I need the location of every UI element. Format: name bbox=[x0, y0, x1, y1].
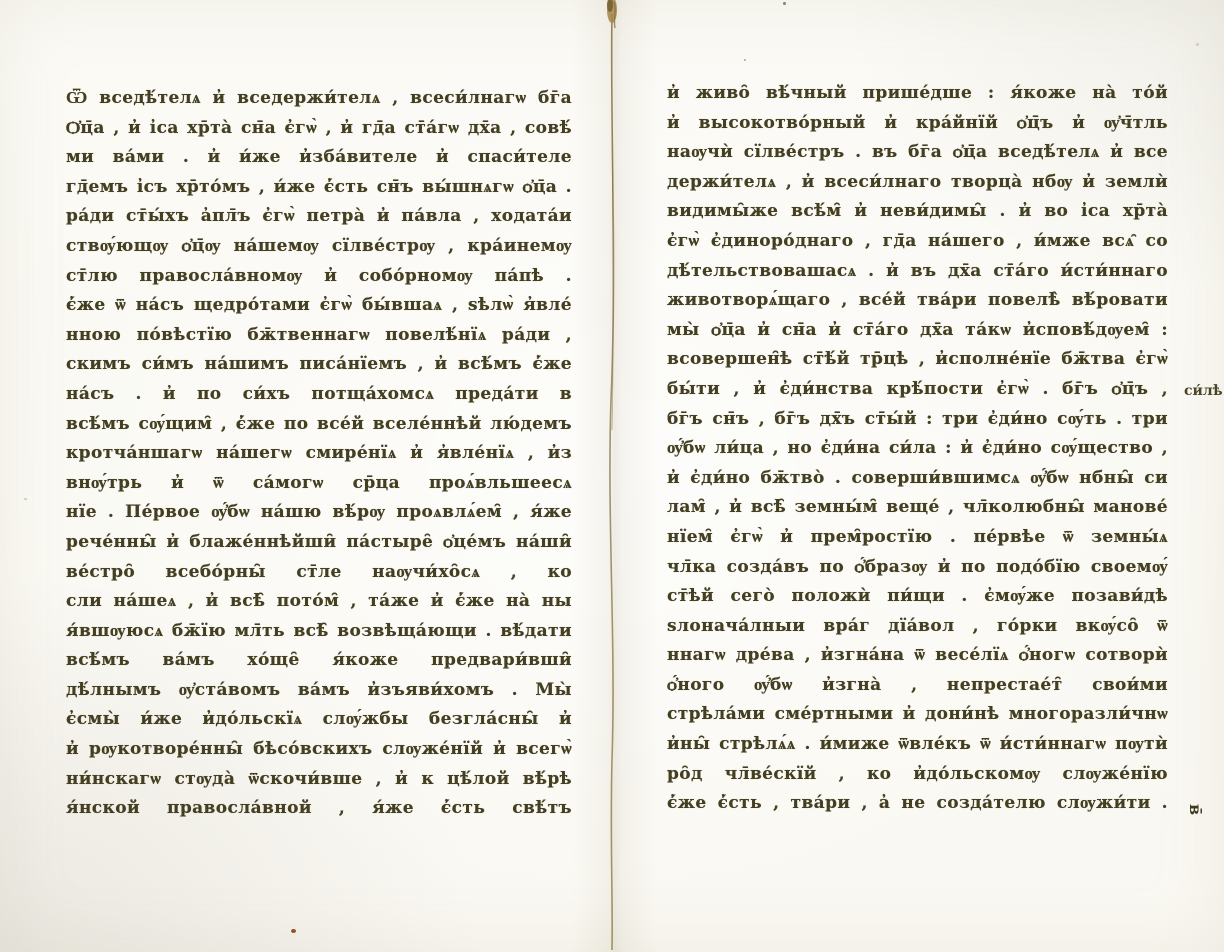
text-line: мы̀ ѻ̓ц̄а и̓ сн̄а и̓ ст̄а́го дх̄а та́кѡ … bbox=[667, 316, 1168, 346]
text-line: и̓ны̑ стрѣлѧ́ѧ . и́миже ѿвле́къ ѿ и́сти́… bbox=[667, 730, 1168, 760]
text-line: є̓гѡ̀ є̓диноро́днаго , гд̄а на́шего , и́… bbox=[667, 227, 1168, 257]
right-page-text: и̓ живо̑ вѣ́чный прише́дше : я́коже на̀ … bbox=[667, 79, 1168, 819]
text-line: нною по́вѣстїю бж̄твеннагѡ повелѣ́нїѧ ра… bbox=[66, 321, 572, 351]
text-line: скимъ си́мъ на́шимъ писа́нїемъ , и̓ всѣ́… bbox=[66, 350, 572, 380]
text-line: стрѣла́ми сме́ртными и̓ дони́нѣ многораз… bbox=[667, 700, 1168, 730]
gutter-line bbox=[610, 14, 614, 950]
text-line: видимы̑же всѣ́м̑ и̓ неви́димы̑ . и̓ во і… bbox=[667, 197, 1168, 227]
paper-speck bbox=[24, 498, 27, 500]
text-line: ннагѡ дре́ва , и̓згна́на ѿ весе́лїѧ ѻ̓́н… bbox=[667, 641, 1168, 671]
text-line: чл̄ка созда́въ по ѻ̓́бразѹ и̓ по подо́бї… bbox=[667, 553, 1168, 583]
text-line: ст̄лю правосла́вномѹ и̓ собо́рномѹ па́пѣ… bbox=[66, 262, 572, 292]
text-line: нїем̑ є̓гѡ̀ и̓ прем̑ростїю . пе́рвѣе ѿ з… bbox=[667, 523, 1168, 553]
text-line: всовершен̑ѣ ст̄ѣ́й тр̄цѣ , и̓сполне́нїе … bbox=[667, 345, 1168, 375]
book-scan-surface: Ѿ вседѣ́телѧ и̓ вседержи́телѧ , всеси́лн… bbox=[0, 0, 1224, 952]
text-line: Ѿ вседѣ́телѧ и̓ вседержи́телѧ , всеси́лн… bbox=[66, 84, 572, 114]
text-line: ѹ̓́бѡ ли́ца , но є̓ди́на си́ла : и̓ є̓ди… bbox=[667, 434, 1168, 464]
text-line: и̓ живо̑ вѣ́чный прише́дше : я́коже на̀ … bbox=[667, 79, 1168, 109]
text-line: рече́нны̑ и̓ блаже́ннѣйши̑ па́стыре̑ ѻ̓ц… bbox=[66, 528, 572, 558]
text-line: нїе . Пе́рвое ѹ̓́бѡ на́шю вѣ́рѹ проѧвлѧ́… bbox=[66, 498, 572, 528]
text-line: и̓ высокотво́рный и̓ кра́йнїй ѻ̓ц̄ъ и̓ ѹ… bbox=[667, 109, 1168, 139]
paper-speck bbox=[783, 2, 786, 5]
text-line: и̓ рѹкотворе́нны̑ бѣсо́вскихъ слѹже́нїй … bbox=[66, 735, 572, 765]
text-line: всѣ́мъ сѹ́щим̑ , є̓́же по все́й вселе́нн… bbox=[66, 410, 572, 440]
paper-speck bbox=[744, 59, 746, 61]
paper-speck bbox=[1196, 43, 1199, 46]
text-line: гд̄емъ і̓съ хр̄то́мъ , и́же є̓́сть сн̄ъ … bbox=[66, 173, 572, 203]
text-line: бы́ти , и̓ є̓ди́нства крѣ́пости є̓гѡ̀ . … bbox=[667, 375, 1168, 405]
text-line: всѣ́мъ ва́мъ хо́ще̑ я́коже предвари́вши̑… bbox=[66, 646, 572, 676]
text-line: ро̑д чл̄ве́скїй , ко и̓до́льскомѹ слѹже́… bbox=[667, 760, 1168, 790]
text-line: є̓смы̀ и́же и̓до́льскїѧ слѹ́жбы безгла́с… bbox=[66, 705, 572, 735]
text-line: я́нской правосла́вной , я́же є̓́сть свѣ́… bbox=[66, 794, 572, 824]
text-line: внѹ́трь и̓ ѿ са́могѡ ср̄ца проѧ́вльшеесѧ… bbox=[66, 469, 572, 499]
text-line: ствѹ́ющѹ ѻ̓ц̄ѹ на́шемѹ сїлве́стрѹ , кра́… bbox=[66, 232, 572, 262]
text-line: ра́ди ст̄ы́хъ а̓пл̄ъ є̓гѡ̀ петра̀ и̓ па́… bbox=[66, 202, 572, 232]
text-line: ми ва́ми . и̓ и́же и̓зба́вителе и̓ спаси… bbox=[66, 143, 572, 173]
text-line: ве́стро̑ всебо́рны̑ ст̄ле наѹчи́хо̑сѧ , … bbox=[66, 558, 572, 588]
text-line: я́вшѹюсѧ бж̄їю мл̄ть всѣ̑ возвѣща́ющи . … bbox=[66, 617, 572, 647]
text-line: на́съ . и̓ по си́хъ потща́хомсѧ преда́ти… bbox=[66, 380, 572, 410]
text-line: лам̑ , и̓ всѣ̑ земны́м̑ веще́ , чл̄колюб… bbox=[667, 493, 1168, 523]
text-line: кротча́ншагѡ на́шегѡ смире́нїѧ и̓ я̓вле́… bbox=[66, 439, 572, 469]
text-line: є̓́же є̓́сть , тва́ри , а̓ не созда́телю… bbox=[667, 789, 1168, 819]
text-line: Ѻ̓ц̄а , и̓ і̓са хр̄та̀ сн̄а є̓гѡ̀ , и̓ г… bbox=[66, 114, 572, 144]
text-line: держи́телѧ , и̓ всеси́лнаго творца̀ нб̄ѹ… bbox=[667, 168, 1168, 198]
text-line: ѻ̓́ного ѹ̓́бѡ и̓згна̀ , непрестае́т̑ сво… bbox=[667, 671, 1168, 701]
text-line: дѣ́тельствовашасѧ . и̓ въ дх̄а ст̄а́го и… bbox=[667, 257, 1168, 287]
margin-note: си́лѣ bbox=[1184, 383, 1224, 399]
rust-stain-dot bbox=[291, 929, 296, 933]
quire-signature-mark: в̄ bbox=[1186, 804, 1205, 815]
text-line: наѹчѝ сїлве́стръ . въ бг̄а ѻ̓ц̄а вседѣ́т… bbox=[667, 138, 1168, 168]
text-line: ни́нскагѡ стѹда̀ ѿскочи́вше , и̓ к цѣ́ло… bbox=[66, 765, 572, 795]
text-line: и̓ є̓ди́но бж̄тво̀ . соверши́вшимсѧ ѹ̓́б… bbox=[667, 464, 1168, 494]
text-line: дѣ́лнымъ ѹ̓ста́вомъ ва́мъ и̓зъяви́хомъ .… bbox=[66, 676, 572, 706]
text-line: бг̄ъ сн̄ъ , бг̄ъ дх̄ъ ст̄ы́й : три є̓ди́… bbox=[667, 405, 1168, 435]
left-page-text: Ѿ вседѣ́телѧ и̓ вседержи́телѧ , всеси́лн… bbox=[66, 84, 572, 824]
text-line: животворѧ́щаго , все́й тва́ри повелѣ̀ вѣ… bbox=[667, 286, 1168, 316]
text-line: сли на́шеѧ , и̓ всѣ̑ пото́м̑ , та́же и̓ … bbox=[66, 587, 572, 617]
text-line: ѕлонача́лныи вра́г дїа́вол , го́рки вкѹ́… bbox=[667, 612, 1168, 642]
text-line: ст̄ѣй сего̀ положѝ пи́щи . є̓мѹ́же позав… bbox=[667, 582, 1168, 612]
text-line: є̓́же ѿ на́съ щедро́тами є̓гѡ̀ бы́вшаѧ ,… bbox=[66, 291, 572, 321]
